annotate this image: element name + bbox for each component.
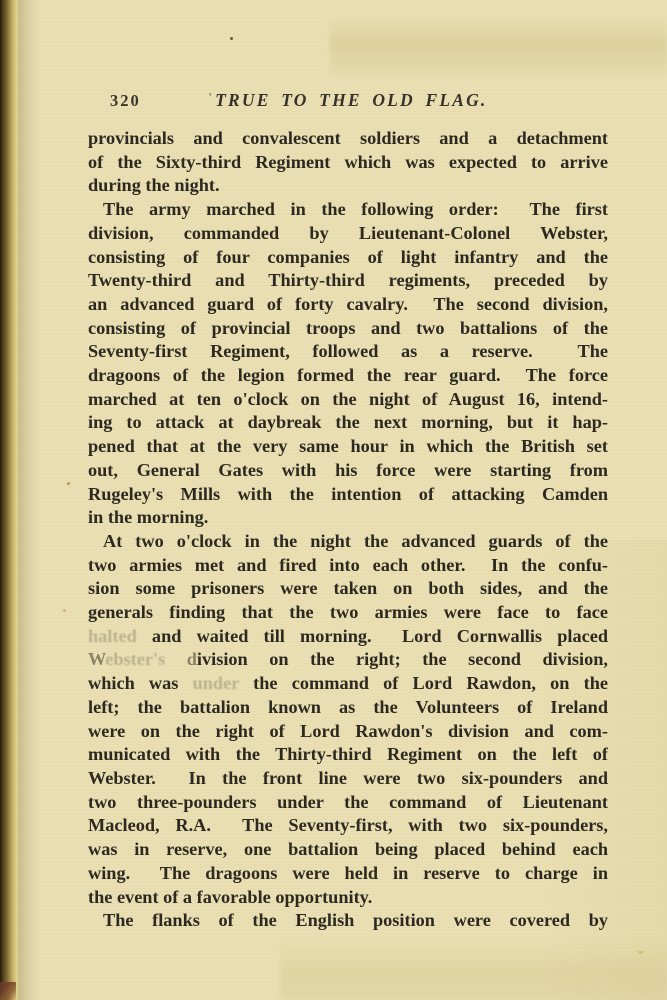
- text-segment: ivision on the right; the second divisio…: [197, 649, 608, 669]
- text-segment: dragoons of the legion formed the rear g…: [88, 365, 608, 385]
- text-line: pened that at the very same hour in whic…: [88, 435, 608, 459]
- text-line: generals finding that the two armies wer…: [88, 601, 608, 625]
- text-line: dragoons of the legion formed the rear g…: [88, 364, 608, 388]
- text-line: ing to attack at daybreak the next morni…: [88, 411, 608, 435]
- page-header: 320 ʽTRUE TO THE OLD FLAG.: [88, 90, 608, 114]
- text-segment: ing to attack at daybreak the next morni…: [88, 412, 608, 432]
- text-segment: in the morning.: [88, 507, 208, 527]
- text-segment: consisting of four companies of light in…: [88, 247, 608, 267]
- text-segment: two three-pounders under the command of …: [88, 792, 608, 812]
- text-segment: municated with the Thirty-third Regiment…: [88, 744, 608, 764]
- text-line: Webster. In the front line were two six-…: [88, 767, 608, 791]
- book-page-scan: 320 ʽTRUE TO THE OLD FLAG. provincials a…: [0, 0, 667, 1000]
- scan-shadow-band-top: [330, 16, 667, 80]
- text-line: out, General Gates with his force were s…: [88, 459, 608, 483]
- text-line: the event of a favorable opportunity.: [88, 886, 608, 910]
- text-line: in the morning.: [88, 506, 608, 530]
- text-segment: wing. The dragoons were held in reserve …: [88, 863, 608, 883]
- text-segment: [165, 649, 187, 669]
- text-segment: the command of Lord Rawdon, on the: [239, 673, 608, 693]
- text-line: municated with the Thirty-third Regiment…: [88, 743, 608, 767]
- text-line: two three-pounders under the command of …: [88, 791, 608, 815]
- text-segment: At two o'clock in the night the advanced…: [103, 531, 608, 551]
- text-line: sion some prisoners were taken on both s…: [88, 577, 608, 601]
- text-line: of the Sixty-third Regiment which was ex…: [88, 151, 608, 175]
- binding-corner-spot: [0, 982, 16, 1000]
- ink-speck: [63, 609, 66, 612]
- text-line: halted and waited till morning. Lord Cor…: [88, 625, 608, 649]
- text-line: Seventy-first Regiment, followed as a re…: [88, 340, 608, 364]
- text-line: an advanced guard of forty cavalry. The …: [88, 293, 608, 317]
- ink-speck: [638, 951, 643, 954]
- text-segment: out, General Gates with his force were s…: [88, 460, 608, 480]
- text-line: two armies met and fired into each other…: [88, 554, 608, 578]
- text-segment: provincials and convalescent soldiers an…: [88, 128, 608, 148]
- text-segment: consisting of provincial troops and two …: [88, 318, 608, 338]
- text-line: during the night.: [88, 174, 608, 198]
- ink-speck: [230, 37, 233, 40]
- faded-word: halted: [88, 626, 137, 646]
- text-segment: two armies met and fired into each other…: [88, 555, 608, 575]
- ink-mark: ʽ: [208, 91, 212, 103]
- text-line: provincials and convalescent soldiers an…: [88, 127, 608, 151]
- text-segment: The army marched in the following order:…: [103, 199, 608, 219]
- text-segment: the event of a favorable opportunity.: [88, 887, 372, 907]
- text-segment: marched at ten o'clock on the night of A…: [88, 389, 608, 409]
- text-line: The army marched in the following order:…: [88, 198, 608, 222]
- text-segment: during the night.: [88, 175, 220, 195]
- text-line: which was under the command of Lord Rawd…: [88, 672, 608, 696]
- text-segment: Webster. In the front line were two six-…: [88, 768, 608, 788]
- faded-word: under: [193, 673, 239, 693]
- text-line: Rugeley's Mills with the intention of at…: [88, 483, 608, 507]
- page-gutter-shadow: [18, 0, 40, 1000]
- text-segment: The flanks of the English position were …: [103, 910, 608, 930]
- text-line: consisting of provincial troops and two …: [88, 317, 608, 341]
- text-segment: sion some prisoners were taken on both s…: [88, 578, 608, 598]
- body-text: provincials and convalescent soldiers an…: [88, 127, 608, 933]
- text-line: Twenty-third and Thirty-third regiments,…: [88, 269, 608, 293]
- page-number: 320: [110, 91, 141, 111]
- faded-word: d: [187, 649, 197, 669]
- text-segment: Macleod, R.A. The Seventy-first, with tw…: [88, 815, 608, 835]
- text-line: marched at ten o'clock on the night of A…: [88, 388, 608, 412]
- text-segment: of the Sixty-third Regiment which was ex…: [88, 152, 608, 172]
- text-line: left; the battalion known as the Volunte…: [88, 696, 608, 720]
- running-title-text: TRUE TO THE OLD FLAG.: [215, 90, 487, 110]
- text-segment: left; the battalion known as the Volunte…: [88, 697, 608, 717]
- text-segment: which was: [88, 673, 193, 693]
- faded-word: W: [88, 649, 105, 669]
- faded-word: ebster's: [105, 649, 165, 669]
- text-segment: was in reserve, one battalion being plac…: [88, 839, 608, 859]
- text-segment: Twenty-third and Thirty-third regiments,…: [88, 270, 608, 290]
- text-line: Webster's division on the right; the sec…: [88, 648, 608, 672]
- text-segment: and waited till morning. Lord Cornwallis…: [137, 626, 608, 646]
- text-line: The flanks of the English position were …: [88, 909, 608, 933]
- text-line: was in reserve, one battalion being plac…: [88, 838, 608, 862]
- text-line: wing. The dragoons were held in reserve …: [88, 862, 608, 886]
- text-segment: Seventy-first Regiment, followed as a re…: [88, 341, 608, 361]
- text-line: consisting of four companies of light in…: [88, 246, 608, 270]
- text-line: division, commanded by Lieutenant-Colone…: [88, 222, 608, 246]
- text-segment: generals finding that the two armies wer…: [88, 602, 608, 622]
- text-segment: an advanced guard of forty cavalry. The …: [88, 294, 608, 314]
- book-binding-edge: [0, 0, 18, 1000]
- text-segment: pened that at the very same hour in whic…: [88, 436, 608, 456]
- scan-shadow-band-bottom: [280, 938, 667, 1000]
- text-segment: Rugeley's Mills with the intention of at…: [88, 484, 608, 504]
- text-line: At two o'clock in the night the advanced…: [88, 530, 608, 554]
- text-line: Macleod, R.A. The Seventy-first, with tw…: [88, 814, 608, 838]
- text-line: were on the right of Lord Rawdon's divis…: [88, 720, 608, 744]
- text-segment: division, commanded by Lieutenant-Colone…: [88, 223, 608, 243]
- running-title: ʽTRUE TO THE OLD FLAG.: [88, 90, 608, 111]
- ink-speck: [67, 482, 70, 485]
- text-segment: were on the right of Lord Rawdon's divis…: [88, 721, 608, 741]
